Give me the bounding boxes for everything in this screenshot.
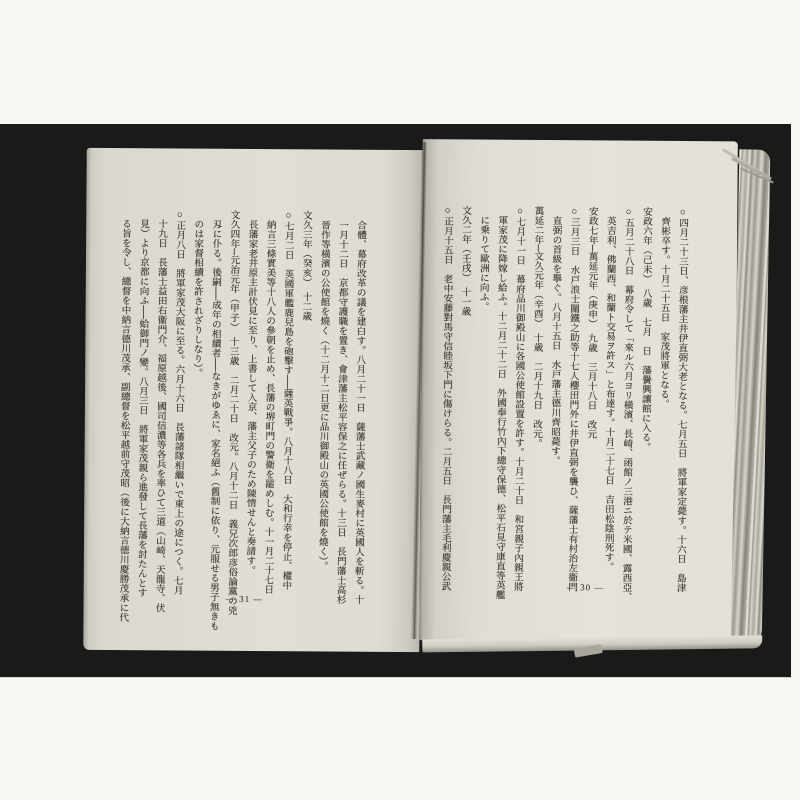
page-31-number: ― 31 ― <box>210 594 280 604</box>
page-30-number: ― 30 ― <box>551 582 621 592</box>
book-photograph-background: ○四月二十三日、彦根藩主井伊直弼大老となる。七月五日 將軍家定薨す。十六日 島津… <box>0 124 791 677</box>
scanned-book-photo: ○四月二十三日、彦根藩主井伊直弼大老となる。七月五日 將軍家定薨す。十六日 島津… <box>0 0 800 800</box>
page-30-vertical-text: ○四月二十三日、彦根藩主井伊直弼大老となる。七月五日 將軍家定薨す。十六日 島津… <box>388 205 691 647</box>
page-31-vertical-text: 合體、幕府改革の議を建白す。八月二十一日 薩藩士武藏ノ國生麥村に英國人を斬る。十… <box>66 209 369 656</box>
open-book-spread: ○四月二十三日、彦根藩主井伊直弼大老となる。七月五日 將軍家定薨す。十六日 島津… <box>0 124 791 677</box>
